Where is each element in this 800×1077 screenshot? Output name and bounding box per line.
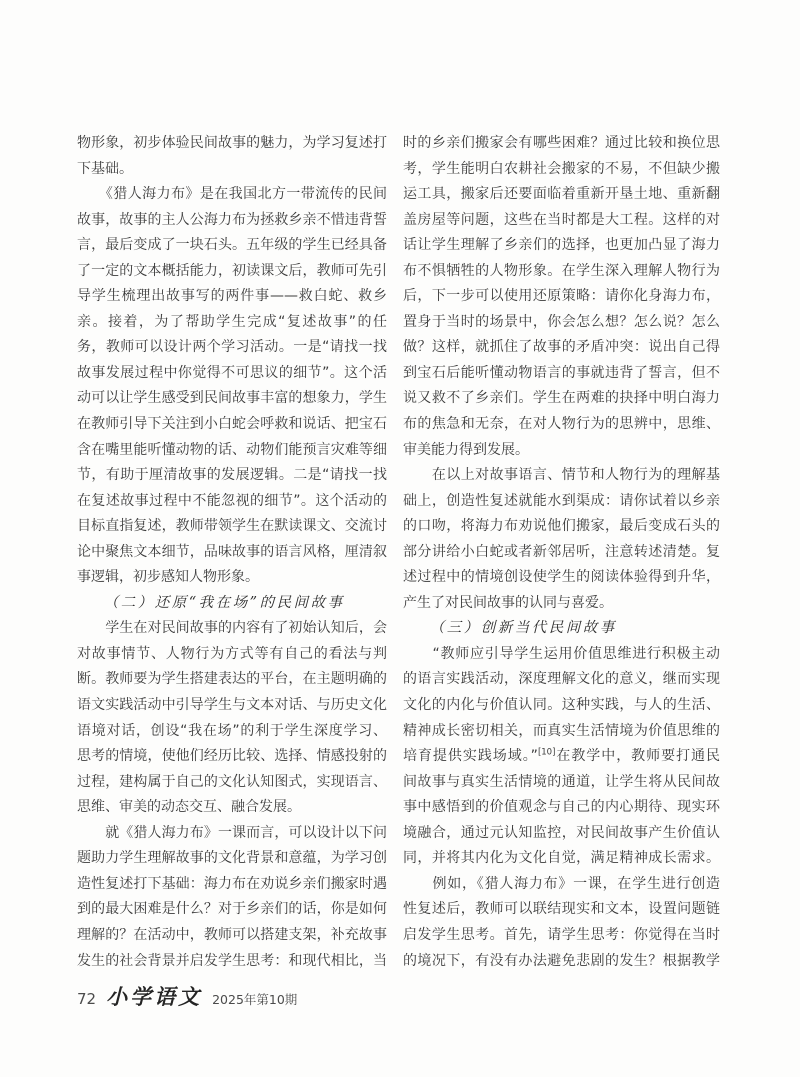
text-line: 目标直指复述，教师带领学生在默读课文、交流讨: [77, 514, 387, 540]
text-line: 在教师引导下关注到小白蛇会呼救和说话、把宝石: [77, 412, 387, 438]
text-line: 间故事与真实生活情境的通道，让学生将从民间故: [403, 770, 720, 796]
text-line: 事逻辑，初步感知人物形象。: [77, 565, 387, 591]
text-line: 话让学生理解了乡亲们的选择，也更加凸显了海力: [403, 233, 720, 259]
text-line: 学生在对民间故事的内容有了初始认知后，会: [77, 616, 387, 642]
text-line: 含在嘴里能听懂动物的话、动物们能预言灾难等细: [77, 438, 387, 464]
text-line: 语文实践活动中引导学生与文本对话、与历史文化: [77, 693, 387, 719]
text-line: 做？这样，就抓住了故事的矛盾冲突：说出自己得: [403, 335, 720, 361]
text-line: 培育提供实践场域。”[10]在教学中，教师要打通民: [403, 744, 720, 770]
text-line: 论中聚焦文本细节，品味故事的语言风格，厘清叙: [77, 540, 387, 566]
journal-page: 物形象，初步体验民间故事的魅力，为学习复述打下基础。 《猎人海力布》是在我国北方…: [0, 0, 800, 1077]
text-line: 盖房屋等问题，这些在当时都是大工程。这样的对: [403, 208, 720, 234]
text-line: 后，下一步可以使用还原策略：请你化身海力布，: [403, 284, 720, 310]
page-footer: 72 小学语文 2025年第10期: [77, 981, 297, 1011]
text-line: 断。教师要为学生搭建表达的平台，在主题明确的: [77, 667, 387, 693]
text-line: 理解的？在活动中，教师可以搭建支架，补充故事: [77, 923, 387, 949]
text-line: 语境对话，创设“我在场”的利于学生深度学习、: [77, 719, 387, 745]
text-line: 的境况下，有没有办法避免悲剧的发生？根据教学: [403, 949, 720, 975]
journal-issue: 2025年第10期: [212, 990, 297, 1008]
text-line: 运工具，搬家后还要面临着重新开垦土地、重新翻: [403, 182, 720, 208]
text-line: 时的乡亲们搬家会有哪些困难？通过比较和换位思: [403, 131, 720, 157]
text-line: 在复述故事过程中不能忽视的细节”。这个活动的: [77, 489, 387, 515]
text-line: 的口吻，将海力布劝说他们搬家，最后变成石头的: [403, 514, 720, 540]
text-line: 发生的社会背景并启发学生思考：和现代相比，当: [77, 949, 387, 975]
text-line: 在以上对故事语言、情节和人物行为的理解基: [403, 463, 720, 489]
text-line: 就《猎人海力布》一课而言，可以设计以下问: [77, 821, 387, 847]
text-line: 精神成长密切相关，而真实生活情境为价值思维的: [403, 719, 720, 745]
text-line: 文化的内化与价值认同。这种实践，与人的生活、: [403, 693, 720, 719]
text-line: 物形象，初步体验民间故事的魅力，为学习复述打: [77, 131, 387, 157]
left-column: 物形象，初步体验民间故事的魅力，为学习复述打下基础。 《猎人海力布》是在我国北方…: [77, 131, 387, 974]
text-line: 思维、审美的动态交互、融合发展。: [77, 795, 387, 821]
text-line: 审美能力得到发展。: [403, 438, 720, 464]
text-line: 部分讲给小白蛇或者新邻居听，注意转述清楚。复: [403, 540, 720, 566]
text-line: 置身于当时的场景中，你会怎么想？怎么说？怎么: [403, 310, 720, 336]
text-line: 述过程中的情境创设使学生的阅读体验得到升华，: [403, 565, 720, 591]
text-line: 的语言实践活动，深度理解文化的意义，继而实现: [403, 667, 720, 693]
right-column: 时的乡亲们搬家会有哪些困难？通过比较和换位思考，学生能明白农耕社会搬家的不易，不…: [403, 131, 720, 974]
text-line: 布不惧牺牲的人物形象。在学生深入理解人物行为: [403, 259, 720, 285]
text-line: 题助力学生理解故事的文化背景和意蕴，为学习创: [77, 846, 387, 872]
text-line: “教师应引导学生运用价值思维进行积极主动: [403, 642, 720, 668]
text-line: 例如，《猎人海力布》一课，在学生进行创造: [403, 872, 720, 898]
text-line: 对故事情节、人物行为方式等有自己的看法与判: [77, 642, 387, 668]
text-line: 础上，创造性复述就能水到渠成：请你试着以乡亲: [403, 489, 720, 515]
text-line: 考，学生能明白农耕社会搬家的不易，不但缺少搬: [403, 157, 720, 183]
section-heading: （三）创新当代民间故事: [403, 616, 720, 642]
text-line: 故事发展过程中你觉得不可思议的细节”。这个活: [77, 361, 387, 387]
text-line: 到的最大困难是什么？对于乡亲们的话，你是如何: [77, 897, 387, 923]
text-line: 导学生梳理出故事写的两件事——救白蛇、救乡: [77, 284, 387, 310]
text-line: 境融合，通过元认知监控，对民间故事产生价值认: [403, 821, 720, 847]
text-line: 务，教师可以设计两个学习活动。一是“请找一找: [77, 335, 387, 361]
text-line: 下基础。: [77, 157, 387, 183]
text-line: 性复述后，教师可以联结现实和文本，设置问题链: [403, 897, 720, 923]
text-line: 动可以让学生感受到民间故事丰富的想象力，学生: [77, 386, 387, 412]
text-line: 说又救不了乡亲们。学生在两难的抉择中明白海力: [403, 386, 720, 412]
text-line: 同，并将其内化为文化自觉，满足精神成长需求。: [403, 846, 720, 872]
footnote-reference: [10]: [538, 747, 555, 757]
text-line: 言，最后变成了一块石头。五年级的学生已经具备: [77, 233, 387, 259]
text-line: 故事，故事的主人公海力布为拯救乡亲不惜违背誓: [77, 208, 387, 234]
text-line: 过程，建构属于自己的文化认知图式，实现语言、: [77, 770, 387, 796]
journal-title: 小学语文: [106, 981, 202, 1011]
text-line: 思考的情境，使他们经历比较、选择、情感投射的: [77, 744, 387, 770]
section-heading: （二）还原“我在场”的民间故事: [77, 591, 387, 617]
text-line: 造性复述打下基础：海力布在劝说乡亲们搬家时遇: [77, 872, 387, 898]
text-line: 产生了对民间故事的认同与喜爱。: [403, 591, 720, 617]
text-line: 亲。接着，为了帮助学生完成“复述故事”的任: [77, 310, 387, 336]
text-line: 布的焦急和无奈，在对人物行为的思辨中，思维、: [403, 412, 720, 438]
text-line: 到宝石后能听懂动物语言的事就违背了誓言，但不: [403, 361, 720, 387]
text-line: 了一定的文本概括能力，初读课文后，教师可先引: [77, 259, 387, 285]
text-line: 启发学生思考。首先，请学生思考：你觉得在当时: [403, 923, 720, 949]
page-number: 72: [77, 990, 96, 1008]
text-line: 《猎人海力布》是在我国北方一带流传的民间: [77, 182, 387, 208]
text-line: 事中感悟到的价值观念与自己的内心期待、现实环: [403, 795, 720, 821]
text-line: 节，有助于厘清故事的发展逻辑。二是“请找一找: [77, 463, 387, 489]
